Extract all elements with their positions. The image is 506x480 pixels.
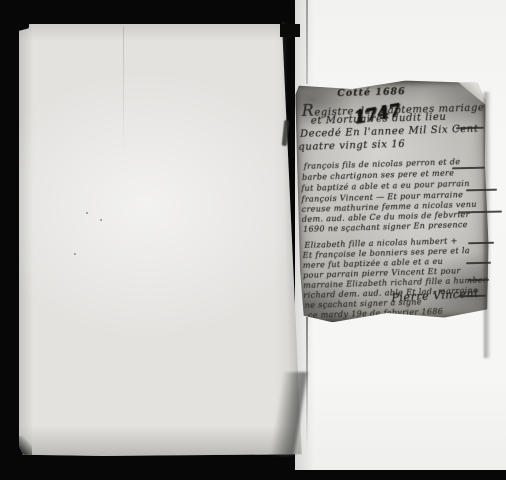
manuscript-text-layer: Cotté 1686 Registre des baptemes mariage… [295,79,490,323]
paper-speck [100,219,102,221]
page-crease [306,0,308,84]
paper-speck [86,212,88,214]
faint-crease [123,26,124,158]
title-line: quatre vingt six 16 [298,140,405,153]
scan-mask-notch [280,24,300,37]
archive-scan: Cotté 1686 Registre des baptemes mariage… [0,0,506,480]
leaf-edge-shadow [484,92,491,358]
paper-speck [74,253,76,255]
cote-annotation: Cotté 1686 [337,87,406,99]
blank-verso-page [19,24,303,456]
manuscript-leaf: Cotté 1686 Registre des baptemes mariage… [295,79,490,323]
film-grit-strip [18,454,366,472]
title-line: Decedé En l'annee Mil Six Cent [300,125,479,140]
corner-curl-shadow [19,436,32,456]
